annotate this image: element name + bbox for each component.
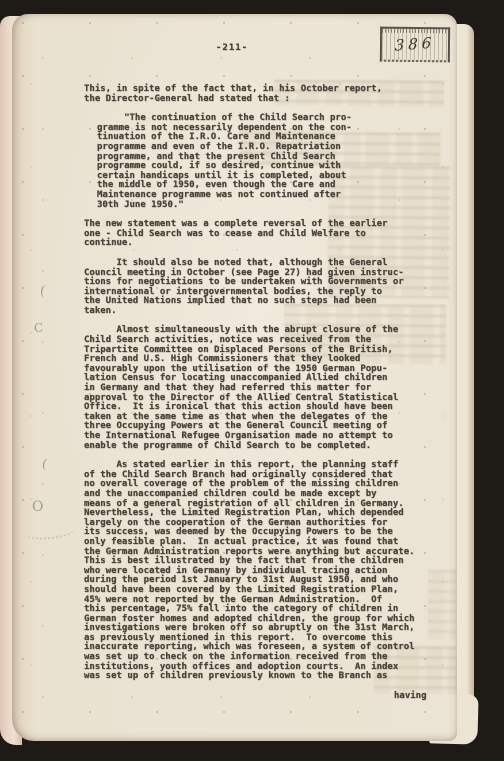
archive-folio-stamp: 386 — [380, 27, 450, 63]
paragraph-tripartite: Almost simultaneously with the abrupt cl… — [84, 326, 436, 451]
document-page: 386 -211- This, in spite of the fact tha… — [12, 14, 457, 741]
margin-pencil-mark: ( — [41, 457, 49, 473]
margin-pencil-scribble — [25, 521, 76, 542]
margin-pencil-mark: O — [32, 499, 43, 515]
paragraph-intro: This, in spite of the fact that, in his … — [84, 85, 436, 104]
document-text-column: This, in spite of the fact that, in his … — [84, 85, 436, 701]
margin-pencil-mark: ( — [39, 284, 46, 300]
scanned-document-scene: 386 -211- This, in spite of the fact tha… — [0, 0, 504, 761]
quoted-passage: "The continuation of the Child Search pr… — [97, 114, 436, 210]
paragraph-council-meeting: It should also be noted that, although t… — [84, 259, 436, 317]
paragraph-reversal: The new statement was a complete reversa… — [84, 220, 436, 249]
page-number: -211- — [216, 43, 248, 53]
paragraph-registration-plan: As stated earlier in this report, the pl… — [84, 461, 436, 682]
catchword: having — [84, 692, 436, 702]
margin-pencil-mark: C — [34, 321, 44, 336]
stamp-number: 386 — [394, 33, 435, 54]
